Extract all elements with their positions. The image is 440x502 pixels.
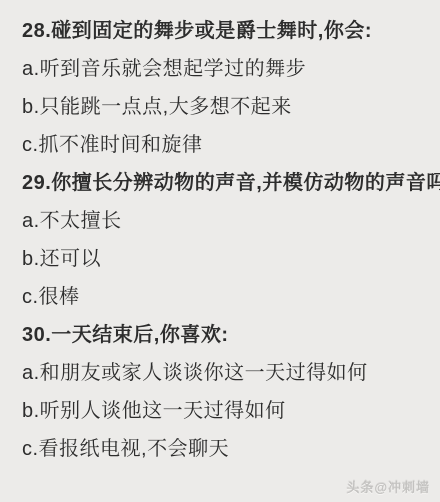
- question-29: 29.你擅长分辨动物的声音,并模仿动物的声音吗? a.不太擅长 b.还可以 c.…: [22, 172, 424, 308]
- option-c: c.很棒: [22, 286, 424, 308]
- question-title: 30.一天结束后,你喜欢:: [22, 324, 424, 346]
- quiz-page: 28.碰到固定的舞步或是爵士舞时,你会: a.听到音乐就会想起学过的舞步 b.只…: [0, 0, 440, 460]
- option-a: a.和朋友或家人谈谈你这一天过得如何: [22, 362, 424, 384]
- option-a: a.不太擅长: [22, 210, 424, 232]
- option-c: c.抓不准时间和旋律: [22, 134, 424, 156]
- option-c: c.看报纸电视,不会聊天: [22, 438, 424, 460]
- option-a: a.听到音乐就会想起学过的舞步: [22, 58, 424, 80]
- question-title: 28.碰到固定的舞步或是爵士舞时,你会:: [22, 20, 424, 42]
- watermark: 头条@冲刺墙: [346, 477, 430, 496]
- question-28: 28.碰到固定的舞步或是爵士舞时,你会: a.听到音乐就会想起学过的舞步 b.只…: [22, 20, 424, 156]
- option-b: b.听别人谈他这一天过得如何: [22, 400, 424, 422]
- option-b: b.只能跳一点点,大多想不起来: [22, 96, 424, 118]
- option-b: b.还可以: [22, 248, 424, 270]
- question-title: 29.你擅长分辨动物的声音,并模仿动物的声音吗?: [22, 172, 424, 194]
- question-30: 30.一天结束后,你喜欢: a.和朋友或家人谈谈你这一天过得如何 b.听别人谈他…: [22, 324, 424, 460]
